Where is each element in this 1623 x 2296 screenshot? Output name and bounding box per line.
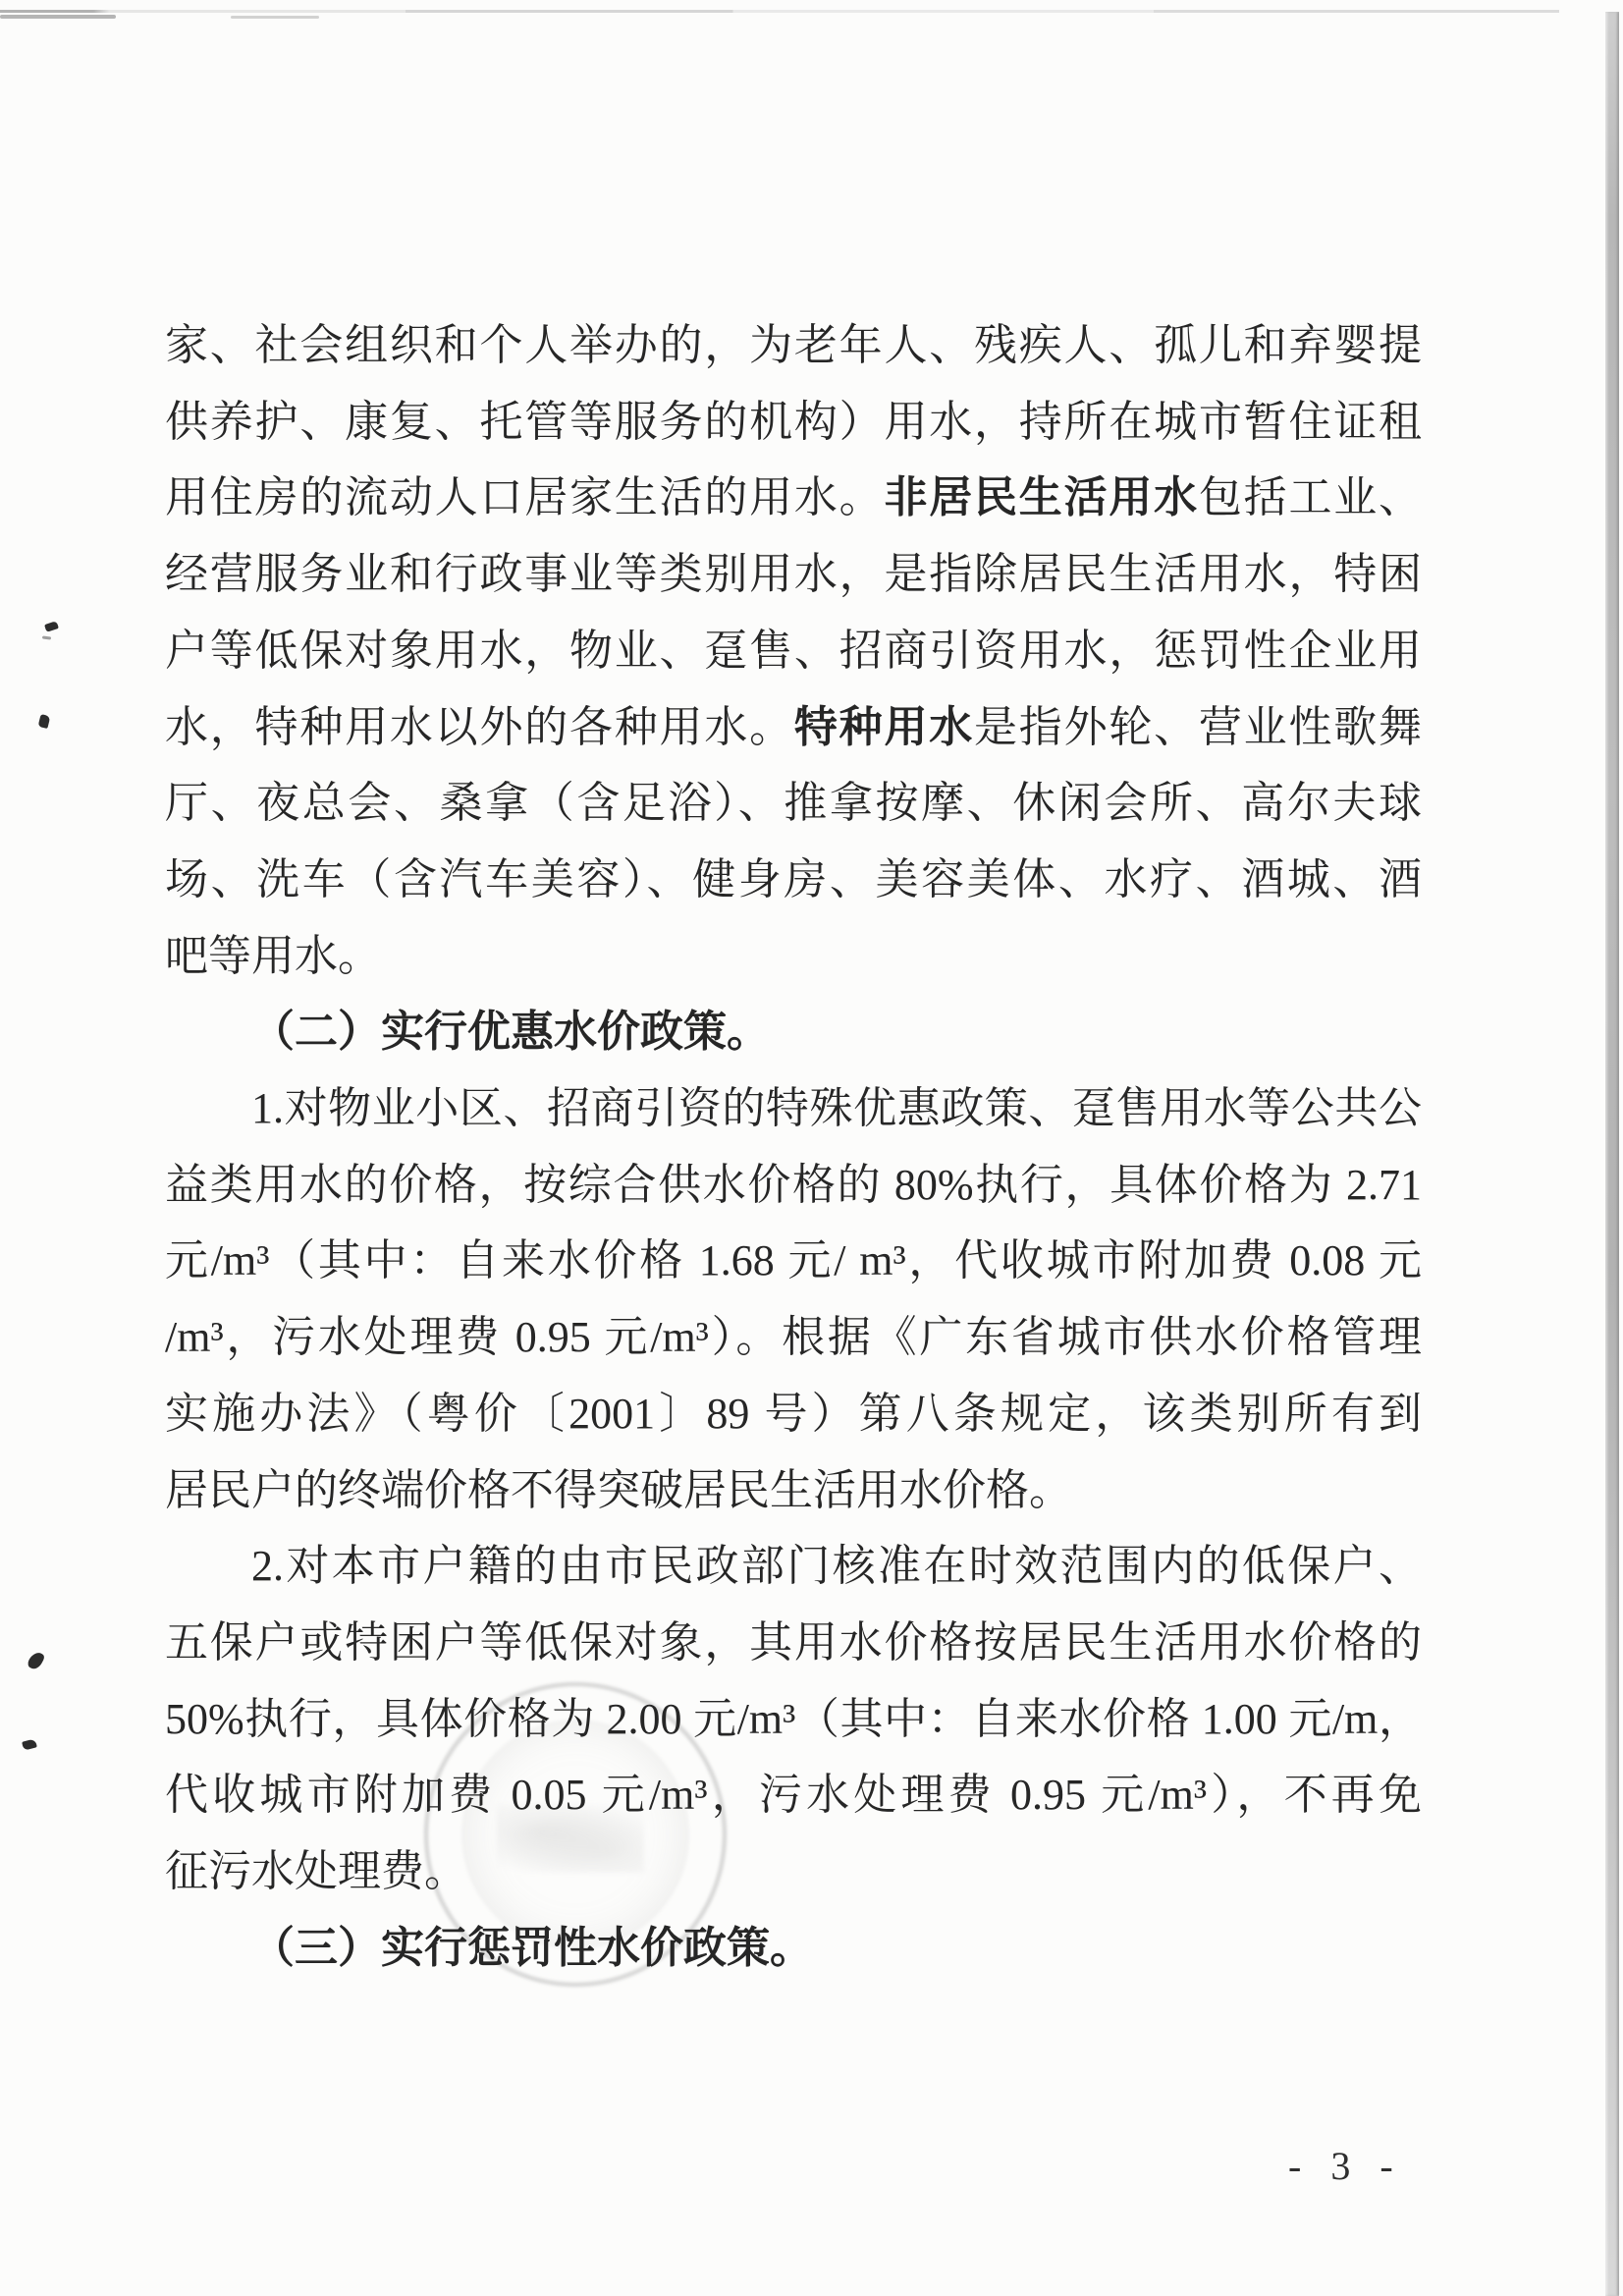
text-line: 2.对本市户籍的由市民政部门核准在时效范围内的低保户、 xyxy=(165,1528,1422,1605)
text-segment: 用住房的流动人口居家生活的用水。 xyxy=(165,473,884,521)
ink-speck xyxy=(38,714,51,729)
page-number: - 3 - xyxy=(1288,2143,1403,2189)
text-segment: 居民户的终端价格不得突破居民生活用水价格。 xyxy=(165,1466,1072,1514)
text-line: 场、洗车（含汽车美容）、健身房、美容美体、水疗、酒城、酒 xyxy=(165,842,1422,918)
text-segment: 家、社会组织和个人举办的，为老年人、残疾人、孤儿和弃婴提 xyxy=(165,321,1422,369)
scan-edge-right xyxy=(1605,12,1619,2296)
text-line: 居民户的终端价格不得突破居民生活用水价格。 xyxy=(165,1452,1422,1529)
text-segment: 实施办法》（粤价〔2001〕89 号）第八条规定，该类别所有到 xyxy=(165,1390,1422,1438)
text-segment: 五保户或特困户等低保对象，其用水价格按居民生活用水价格的 xyxy=(165,1618,1422,1667)
text-segment: 是指外轮、营业性歌舞 xyxy=(974,703,1422,751)
text-line: 经营服务业和行政事业等类别用水，是指除居民生活用水，特困 xyxy=(165,536,1422,613)
text-line: 五保户或特困户等低保对象，其用水价格按居民生活用水价格的 xyxy=(165,1605,1422,1681)
text-line: 实施办法》（粤价〔2001〕89 号）第八条规定，该类别所有到 xyxy=(165,1376,1422,1452)
text-segment: 经营服务业和行政事业等类别用水，是指除居民生活用水，特困 xyxy=(165,550,1422,598)
scan-edge-top-dash xyxy=(231,16,319,19)
ink-speck xyxy=(42,635,51,639)
text-segment: 50%执行，具体价格为 2.00 元/m³（其中：自来水价格 1.00 元/m， xyxy=(165,1695,1422,1743)
text-line: 征污水处理费。 xyxy=(165,1833,1422,1910)
text-segment: 1.对物业小区、招商引资的特殊优惠政策、趸售用水等公共公 xyxy=(251,1084,1422,1132)
text-segment: 吧等用水。 xyxy=(165,932,381,980)
text-segment: 户等低保对象用水，物业、趸售、招商引资用水，惩罚性企业用 xyxy=(165,627,1422,675)
text-line: /m³，污水处理费 0.95 元/m³）。根据《广东省城市供水价格管理 xyxy=(165,1299,1422,1376)
text-segment: 场、洗车（含汽车美容）、健身房、美容美体、水疗、酒城、酒 xyxy=(165,855,1422,903)
text-segment: 厅、夜总会、桑拿（含足浴）、推拿按摩、休闲会所、高尔夫球 xyxy=(165,779,1422,827)
text-line: （二）实行优惠水价政策。 xyxy=(165,994,1422,1070)
text-segment: 供养护、康复、托管等服务的机构）用水，持所在城市暂住证租 xyxy=(165,398,1422,446)
text-segment: 元/m³（其中：自来水价格 1.68 元/ m³，代收城市附加费 0.08 元 xyxy=(165,1236,1422,1285)
text-line: 元/m³（其中：自来水价格 1.68 元/ m³，代收城市附加费 0.08 元 xyxy=(165,1223,1422,1299)
text-line: 用住房的流动人口居家生活的用水。非居民生活用水包括工业、 xyxy=(165,460,1422,536)
scan-edge-top-dash xyxy=(0,15,116,19)
text-line: 1.对物业小区、招商引资的特殊优惠政策、趸售用水等公共公 xyxy=(165,1070,1422,1147)
text-line: 水，特种用水以外的各种用水。特种用水是指外轮、营业性歌舞 xyxy=(165,689,1422,766)
bold-text-segment: 特种用水 xyxy=(794,703,974,751)
text-segment: 代收城市附加费 0.05 元/m³，污水处理费 0.95 元/m³），不再免 xyxy=(165,1771,1422,1819)
text-line: 厅、夜总会、桑拿（含足浴）、推拿按摩、休闲会所、高尔夫球 xyxy=(165,765,1422,842)
text-segment: 2.对本市户籍的由市民政部门核准在时效范围内的低保户、 xyxy=(251,1542,1422,1590)
text-line: 代收城市附加费 0.05 元/m³，污水处理费 0.95 元/m³），不再免 xyxy=(165,1757,1422,1833)
scan-edge-top xyxy=(0,10,1559,13)
text-line: 吧等用水。 xyxy=(165,918,1422,995)
text-segment: /m³，污水处理费 0.95 元/m³）。根据《广东省城市供水价格管理 xyxy=(165,1313,1422,1361)
text-segment: 益类用水的价格，按综合供水价格的 80%执行，具体价格为 2.71 xyxy=(165,1161,1422,1209)
ink-speck xyxy=(27,1650,46,1671)
document-body: 家、社会组织和个人举办的，为老年人、残疾人、孤儿和弃婴提供养护、康复、托管等服务… xyxy=(165,307,1422,1986)
text-line: 50%执行，具体价格为 2.00 元/m³（其中：自来水价格 1.00 元/m， xyxy=(165,1681,1422,1758)
ink-speck xyxy=(22,1738,37,1750)
bold-text-segment: 非居民生活用水 xyxy=(884,473,1198,521)
text-line: 供养护、康复、托管等服务的机构）用水，持所在城市暂住证租 xyxy=(165,384,1422,461)
scanned-document-page: 家、社会组织和个人举办的，为老年人、残疾人、孤儿和弃婴提供养护、康复、托管等服务… xyxy=(0,0,1623,2296)
text-segment: 征污水处理费。 xyxy=(165,1847,467,1895)
text-segment: 水，特种用水以外的各种用水。 xyxy=(165,703,794,751)
text-line: 户等低保对象用水，物业、趸售、招商引资用水，惩罚性企业用 xyxy=(165,613,1422,689)
text-line: 家、社会组织和个人举办的，为老年人、残疾人、孤儿和弃婴提 xyxy=(165,307,1422,384)
text-line: 益类用水的价格，按综合供水价格的 80%执行，具体价格为 2.71 xyxy=(165,1147,1422,1224)
bold-text-segment: （二）实行优惠水价政策。 xyxy=(251,1008,770,1056)
text-line: （三）实行惩罚性水价政策。 xyxy=(165,1910,1422,1987)
text-segment: 包括工业、 xyxy=(1199,473,1422,521)
ink-speck xyxy=(44,621,59,632)
bold-text-segment: （三）实行惩罚性水价政策。 xyxy=(251,1924,813,1972)
